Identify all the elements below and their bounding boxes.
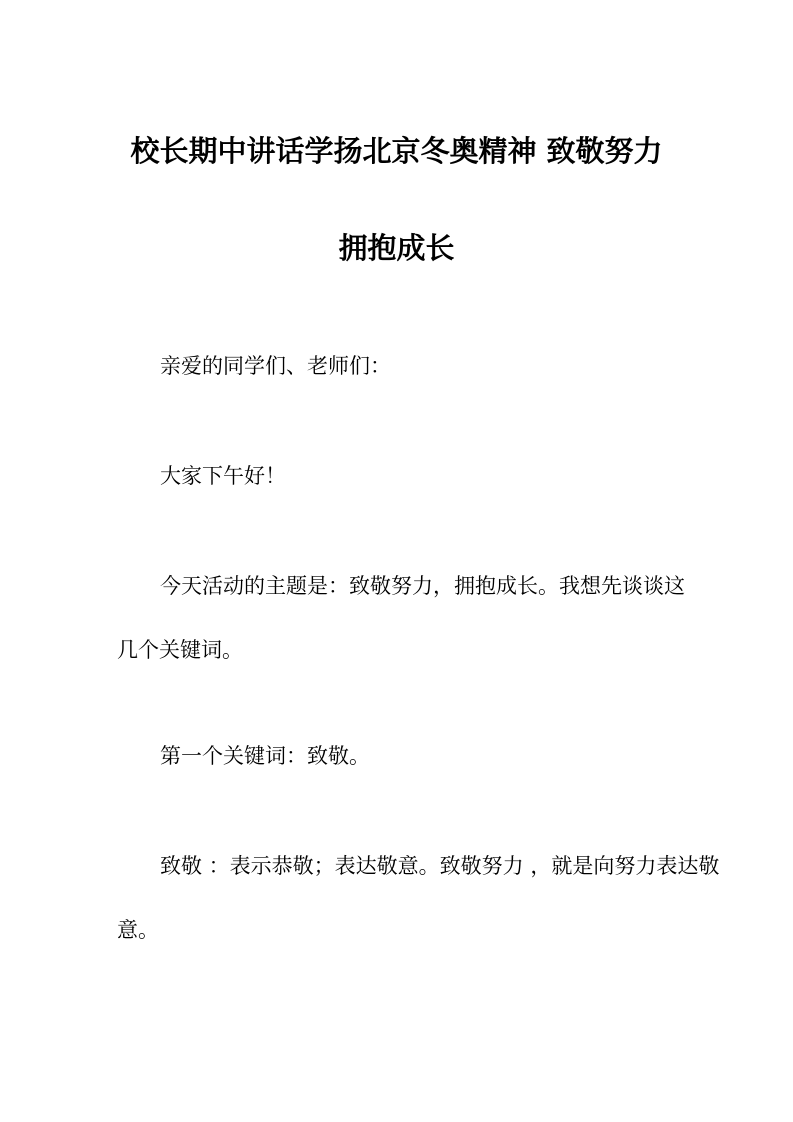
paragraph-keyword-definition: 致敬 ：表示恭敬；表达敬意。致敬努力 ，就是向努力表达敬 意。 [117,834,679,962]
paragraph-line: 几个关键词。 [117,618,679,682]
paragraph-keyword-one: 第一个关键词：致敬。 [117,724,679,788]
paragraph-theme: 今天活动的主题是：致敬努力，拥抱成长。我想先谈谈这 几个关键词。 [117,554,679,682]
paragraph-greeting: 大家下午好！ [117,444,679,508]
document-title-line-2: 拥抱成长 [0,228,793,268]
paragraph-line: 亲爱的同学们、老师们： [117,334,679,398]
paragraph-line: 致敬 ：表示恭敬；表达敬意。致敬努力 ，就是向努力表达敬 [117,834,679,898]
document-title-line-1: 校长期中讲话学扬北京冬奥精神 致敬努力 [0,131,793,171]
paragraph-line: 第一个关键词：致敬。 [117,724,679,788]
paragraph-line: 大家下午好！ [117,444,679,508]
document-page: 校长期中讲话学扬北京冬奥精神 致敬努力 拥抱成长 亲爱的同学们、老师们： 大家下… [0,0,793,1122]
paragraph-line: 今天活动的主题是：致敬努力，拥抱成长。我想先谈谈这 [117,554,679,618]
paragraph-line: 意。 [117,898,679,962]
paragraph-salutation: 亲爱的同学们、老师们： [117,334,679,398]
